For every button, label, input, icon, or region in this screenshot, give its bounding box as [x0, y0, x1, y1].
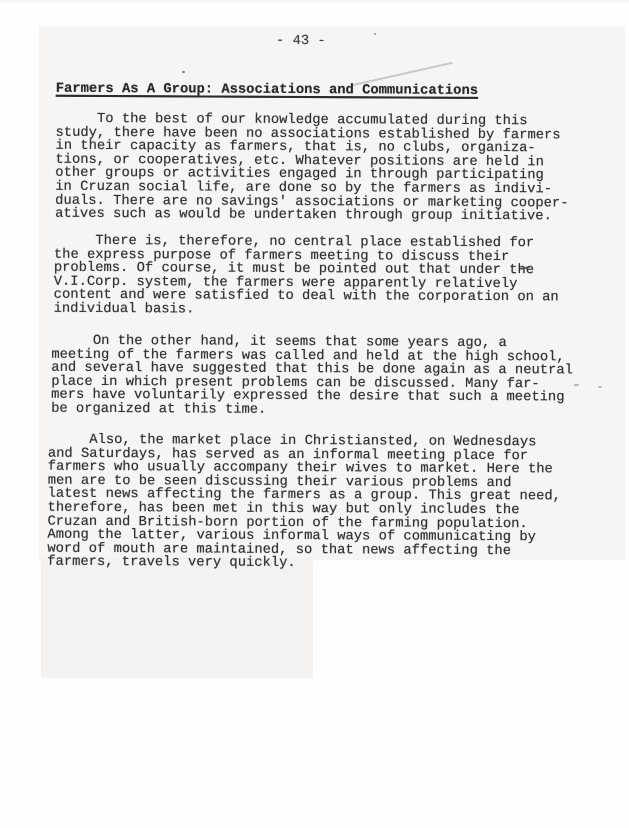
- paragraph-1: To the best of our knowledge accumulated…: [55, 113, 569, 224]
- scan-crease-line: [352, 62, 453, 86]
- ink-speck: [374, 33, 376, 35]
- ink-speck: [598, 386, 602, 388]
- section-heading: Farmers As A Group: Associations and Com…: [56, 83, 478, 99]
- paragraph-2: There is, therefore, no central place es…: [54, 235, 559, 319]
- paragraph-3: On the other hand, it seems that some ye…: [51, 335, 573, 419]
- paragraph-4: Also, the market place in Christiansted,…: [47, 434, 561, 573]
- page-number: - 43 -: [276, 35, 326, 49]
- typewritten-text-layer: - 43 - Farmers As A Group: Associations …: [0, 0, 629, 828]
- scanned-document: - 43 - Farmers As A Group: Associations …: [0, 0, 629, 828]
- ink-speck: [182, 71, 185, 73]
